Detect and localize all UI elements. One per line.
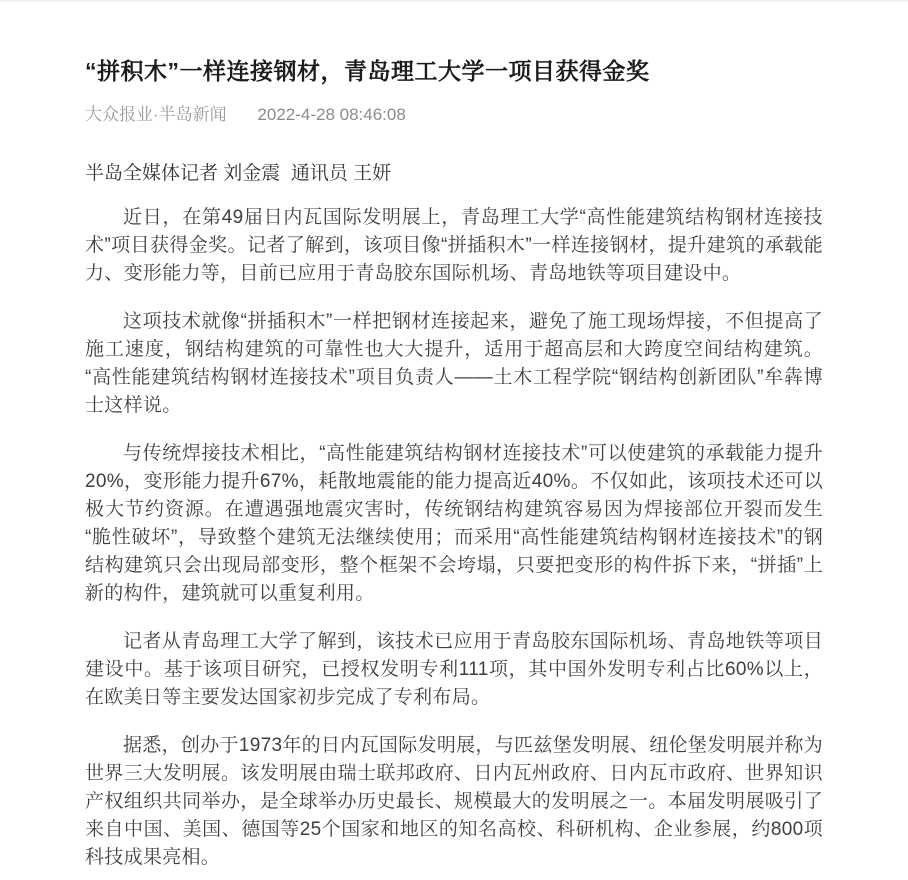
article-source: 大众报业·半岛新闻 bbox=[85, 105, 227, 124]
article-paragraph: 据悉，创办于1973年的日内瓦国际发明展，与匹兹堡发明展、纽伦堡发明展并称为世界… bbox=[85, 732, 823, 872]
article-paragraph: 这项技术就像“拼插积木”一样把钢材连接起来，避免了施工现场焊接，不但提高了施工速… bbox=[85, 308, 823, 420]
article-paragraph: 记者从青岛理工大学了解到，该技术已应用于青岛胶东国际机场、青岛地铁等项目建设中。… bbox=[85, 628, 823, 712]
article-meta: 大众报业·半岛新闻 2022-4-28 08:46:08 bbox=[85, 104, 823, 126]
article-paragraph: 近日，在第49届日内瓦国际发明展上，青岛理工大学“高性能建筑结构钢材连接技术”项… bbox=[85, 204, 823, 288]
article-page: “拼积木”一样连接钢材，青岛理工大学一项目获得金奖 大众报业·半岛新闻 2022… bbox=[0, 2, 908, 872]
article-body: 近日，在第49届日内瓦国际发明展上，青岛理工大学“高性能建筑结构钢材连接技术”项… bbox=[85, 204, 823, 872]
article-title: “拼积木”一样连接钢材，青岛理工大学一项目获得金奖 bbox=[85, 54, 823, 88]
article-datetime: 2022-4-28 08:46:08 bbox=[257, 105, 405, 124]
article-paragraph: 与传统焊接技术相比，“高性能建筑结构钢材连接技术”可以使建筑的承载能力提升20%… bbox=[85, 440, 823, 608]
article-byline: 半岛全媒体记者 刘金震 通讯员 王妍 bbox=[85, 160, 823, 188]
